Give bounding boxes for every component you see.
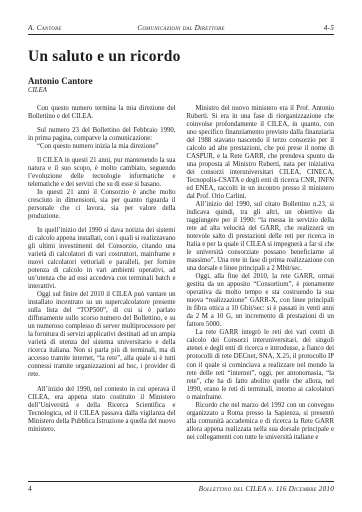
header-page-range: 4-5	[225, 24, 334, 32]
paragraph: Ministro del nuovo ministero era il Prof…	[187, 105, 335, 201]
paragraph: La rete GARR integrò le reti dei vari ce…	[187, 329, 335, 401]
text-column-left: Con questo numero termina la mia direzio…	[28, 105, 176, 461]
footer-journal-title: Bollettino del CILEA n. 116 Dicembre 201…	[199, 485, 334, 493]
paragraph: Sul numero 23 del Bollettino del Febbrai…	[28, 127, 176, 143]
header-section: Comunicazioni dal Direttore	[137, 24, 224, 32]
author-name: Antonio Cantore	[28, 76, 334, 86]
page-footer: 4 Bollettino del CILEA n. 116 Dicembre 2…	[28, 481, 334, 493]
paragraph: Il CILEA in questi 21 anni, pur mantenen…	[28, 157, 176, 189]
paragraph: Ricordo che nel marzo del 1992 con un co…	[187, 402, 335, 442]
running-header: A. Cantore Comunicazioni dal Direttore 4…	[28, 0, 334, 35]
paragraph: In questi 21 anni il Consorzio è anche m…	[28, 189, 176, 221]
text-column-right: Ministro del nuovo ministero era il Prof…	[187, 105, 335, 461]
paragraph: Oggi sul finire del 2010 il CILEA può va…	[28, 291, 176, 379]
footer-page-number: 4	[28, 484, 32, 493]
paragraph: In quell’inizio del 1990 si dava notizia…	[28, 227, 176, 291]
paragraph-quote: “Con questo numero inizia la mia direzio…	[28, 143, 176, 151]
header-author: A. Cantore	[28, 24, 137, 32]
document-page: A. Cantore Comunicazioni dal Direttore 4…	[0, 0, 362, 512]
paragraph: Con questo numero termina la mia direzio…	[28, 105, 176, 121]
paragraph: All’inizio del 1990, sul citato Bolletti…	[187, 201, 335, 273]
article-body: Con questo numero termina la mia direzio…	[28, 105, 334, 461]
paragraph: All’inizio del 1990, nel contesto in cui…	[28, 386, 176, 434]
paragraph: Oggi, alla fine del 2010, la rete GARR, …	[187, 273, 335, 329]
article-title: Un saluto e un ricordo	[28, 48, 334, 66]
author-affiliation: CILEA	[28, 87, 334, 94]
